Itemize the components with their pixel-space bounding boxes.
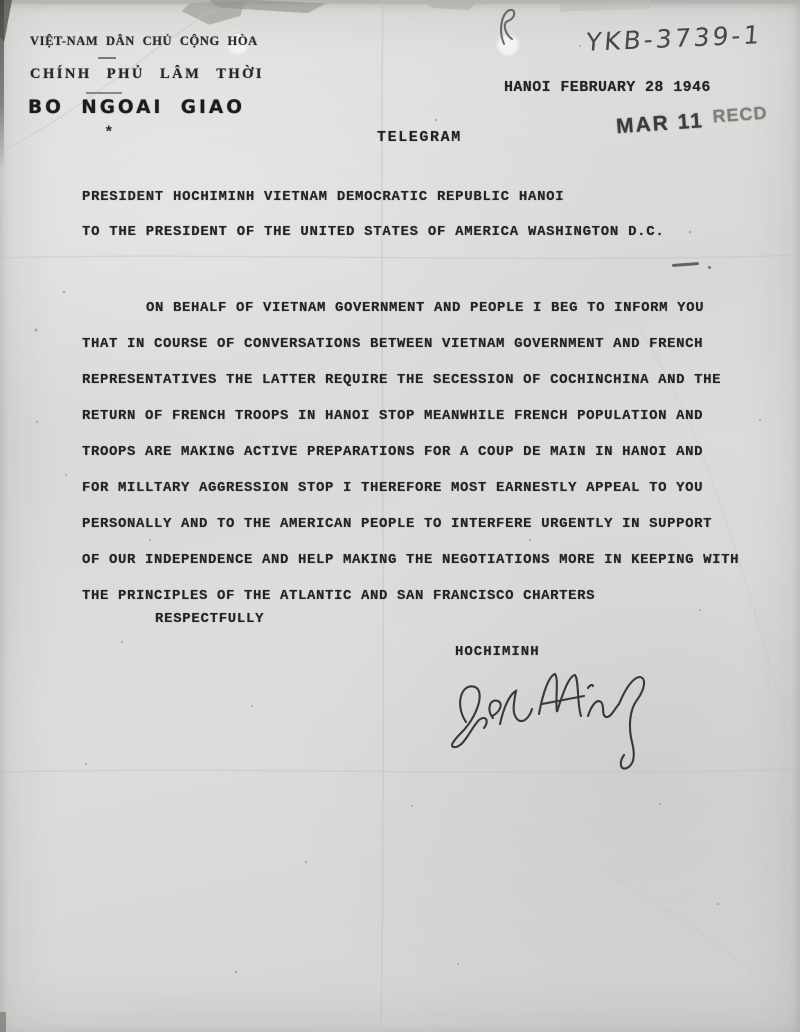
torn-top-edge [0, 0, 800, 4]
letterhead-rule [86, 92, 122, 94]
dark-left-edge [0, 0, 4, 170]
body-line: ON BEHALF OF VIETNAM GOVERNMENT AND PEOP… [82, 290, 782, 326]
body-line: REPRESENTATIVES THE LATTER REQUIRE THE S… [82, 362, 782, 398]
received-stamp-recd: RECD [712, 103, 768, 127]
telegram-document: VIỆT-NAM DÂN CHỦ CỘNG HÒA CHÍNH PHỦ LÂM … [0, 0, 800, 1032]
body-line: FOR MILLTARY AGGRESSION STOP I THEREFORE… [82, 470, 782, 506]
recipient-line: TO THE PRESIDENT OF THE UNITED STATES OF… [82, 224, 665, 240]
pencil-file-code: YKB-3739-1 [585, 20, 764, 57]
typed-signature-name: HOCHIMINH [455, 644, 540, 660]
dateline: HANOI FEBRUARY 28 1946 [504, 79, 711, 96]
body-line: RETURN OF FRENCH TROOPS IN HANOI STOP ME… [82, 398, 782, 434]
received-stamp: MAR 11RECD [615, 105, 768, 140]
paper-crease [0, 769, 800, 772]
punch-hole [497, 33, 519, 55]
body-line: OF OUR INDEPENDENCE AND HELP MAKING THE … [82, 542, 782, 578]
letterhead-government-line: CHÍNH PHỦ LÂM THỜI [30, 66, 264, 83]
hochiminh-signature [438, 658, 668, 776]
torn-paper-fragment [560, 0, 650, 11]
body-line: TROOPS ARE MAKING ACTIVE PREPARATIONS FO… [82, 434, 782, 470]
dark-bottom-notch [0, 1012, 6, 1032]
pencil-mark [672, 262, 699, 267]
sender-line: PRESIDENT HOCHIMINH VIETNAM DEMOCRATIC R… [82, 189, 564, 205]
letterhead-republic-line: VIỆT-NAM DÂN CHỦ CỘNG HÒA [30, 34, 258, 49]
letterhead-rule [98, 57, 116, 59]
body-line: THE PRINCIPLES OF THE ATLANTIC AND SAN F… [82, 578, 782, 614]
letterhead-star: * [104, 124, 114, 142]
body-line: THAT IN COURSE OF CONVERSATIONS BETWEEN … [82, 326, 782, 362]
closing-respectfully: RESPECTFULLY [155, 611, 264, 627]
paper-crease [612, 878, 800, 1008]
letterhead-ministry-line: BO NGOAI GIAO [28, 97, 245, 118]
body-line: PERSONALLY AND TO THE AMERICAN PEOPLE TO… [82, 506, 782, 542]
telegram-body: ON BEHALF OF VIETNAM GOVERNMENT AND PEOP… [82, 290, 782, 614]
pencil-mark [708, 266, 711, 269]
paper-crease [0, 255, 800, 258]
document-title: TELEGRAM [377, 129, 462, 146]
received-stamp-date: MAR 11 [615, 109, 704, 138]
